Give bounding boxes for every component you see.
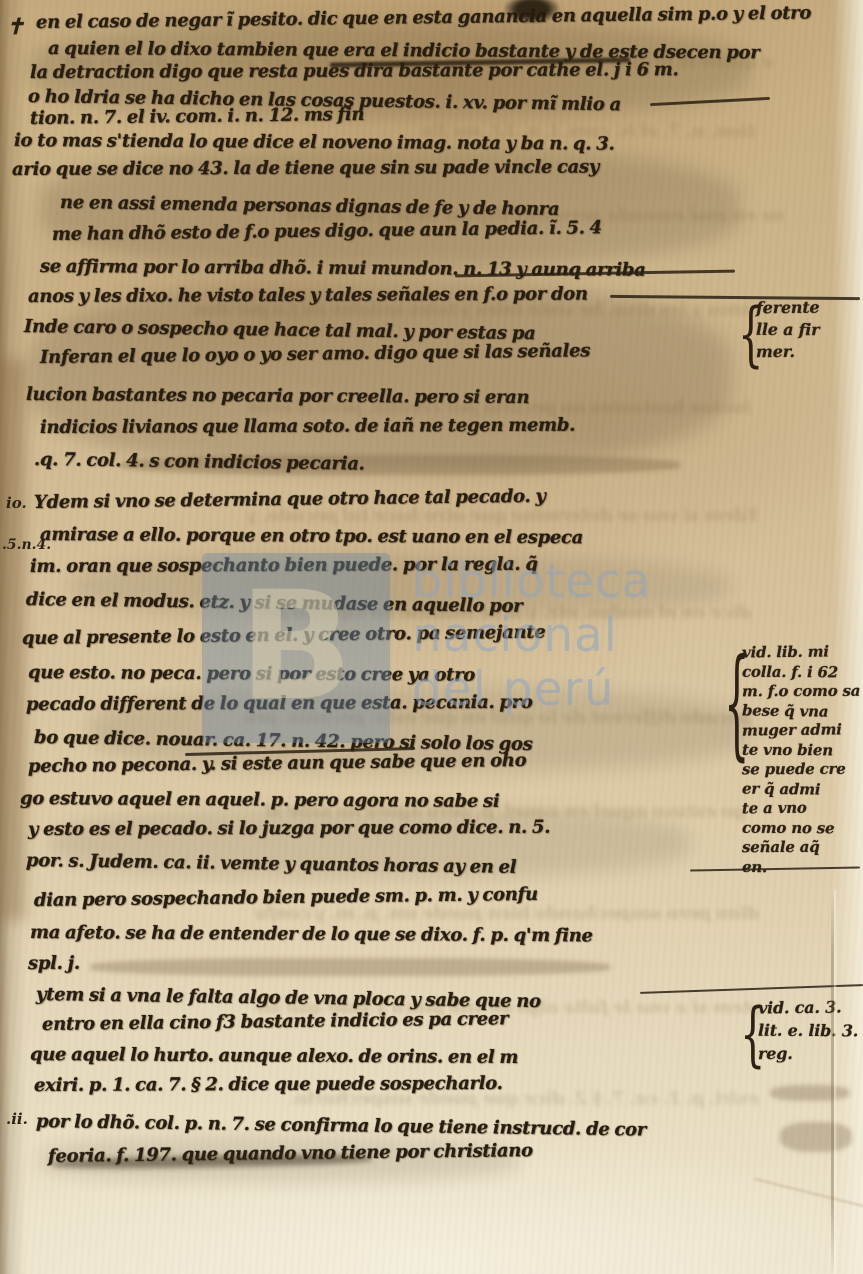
margin-note-line: m. f.o como sa [742,684,860,700]
margin-note-line: vid. ca. 3. [758,999,842,1016]
margin-note-line: mer. [756,344,795,360]
manuscript-line: exiri. p. 1. ca. 7. § 2. dice que puede … [34,1075,503,1095]
left-margin-mark: .5.n.4. [2,538,51,552]
margin-note-line: lit. e. lib. 3. [758,1023,858,1040]
margin-note-line: te a vno [742,801,807,817]
manuscript-line: .q. 7. col. 4. s con indicios pecaria. [34,451,365,474]
manuscript-line: que aquel lo hurto. aunque alexo. de ori… [30,1046,518,1067]
manuscript-line: lucion bastantes no pecaria por creella.… [26,386,529,407]
bnp-watermark-logo: B [202,553,390,743]
left-margin-mark: ✝ [6,16,24,38]
manuscript-page: a quien el lo dixo tambien que era el in… [0,0,863,1274]
manuscript-line: anos y les dixo. he visto tales y tales … [28,286,588,306]
margin-note-line: vid. lib. mi [742,644,829,660]
margin-note-line: er q̃ admi [742,781,821,797]
manuscript-line: io to mas s'tienda lo que dice el noveno… [14,132,615,154]
manuscript-line: tion. n. 7. el iv. com. i. n. 12. ms fin [30,106,364,128]
margin-note-line: ferente [756,300,820,317]
left-margin-mark: .ii. [6,1112,28,1127]
manuscript-line: indicios livianos que llama soto. de iañ… [40,417,575,437]
bleedthrough-smudge [770,1085,850,1101]
margin-note-line: muger admi [742,722,842,738]
margin-note-line: te vno bien [742,742,833,758]
manuscript-line: y esto es el pecado. si lo juzga por que… [28,819,550,839]
left-margin-mark: io. [6,496,27,511]
manuscript-line: amirase a ello. porque en otro tpo. est … [40,526,583,547]
bleedthrough-text: dian pero sospechando bien puede sm. p. … [255,905,759,923]
margin-note-line: lle a fir [756,322,820,338]
manuscript-line: spl. j. [28,955,80,973]
manuscript-line: se affirma por lo arriba dhõ. i mui mund… [40,258,646,280]
margin-note-line: colla. f. i 62 [742,664,838,680]
paper-crease [831,890,834,1274]
bnp-logo-letter: B [216,559,376,735]
margin-note-line: como no se [742,820,834,836]
margin-note-line: bese q̃ vna [742,703,828,719]
watermark-text-line: del perú [412,666,615,713]
manuscript-line: go estuvo aquel en aquel. p. pero agora … [20,790,500,811]
bleedthrough-smudge [90,958,610,976]
manuscript-line: ma afeto. se ha de entender de lo que se… [30,924,593,945]
bleedthrough-smudge [780,1122,852,1152]
watermark-text-line: biblioteca [412,558,652,605]
manuscript-line: ario que se dice no 43. la de tiene que … [12,158,599,179]
margin-note-line: se puede cre [742,762,846,777]
watermark-text-line: nacional [412,612,618,659]
margin-note-line: reg. [758,1046,793,1062]
margin-note-line: en. [742,859,767,874]
margin-note-line: señale aq̃ [742,840,820,855]
bleedthrough-text: Ydem si vno se determina que otro hace t… [247,507,759,525]
